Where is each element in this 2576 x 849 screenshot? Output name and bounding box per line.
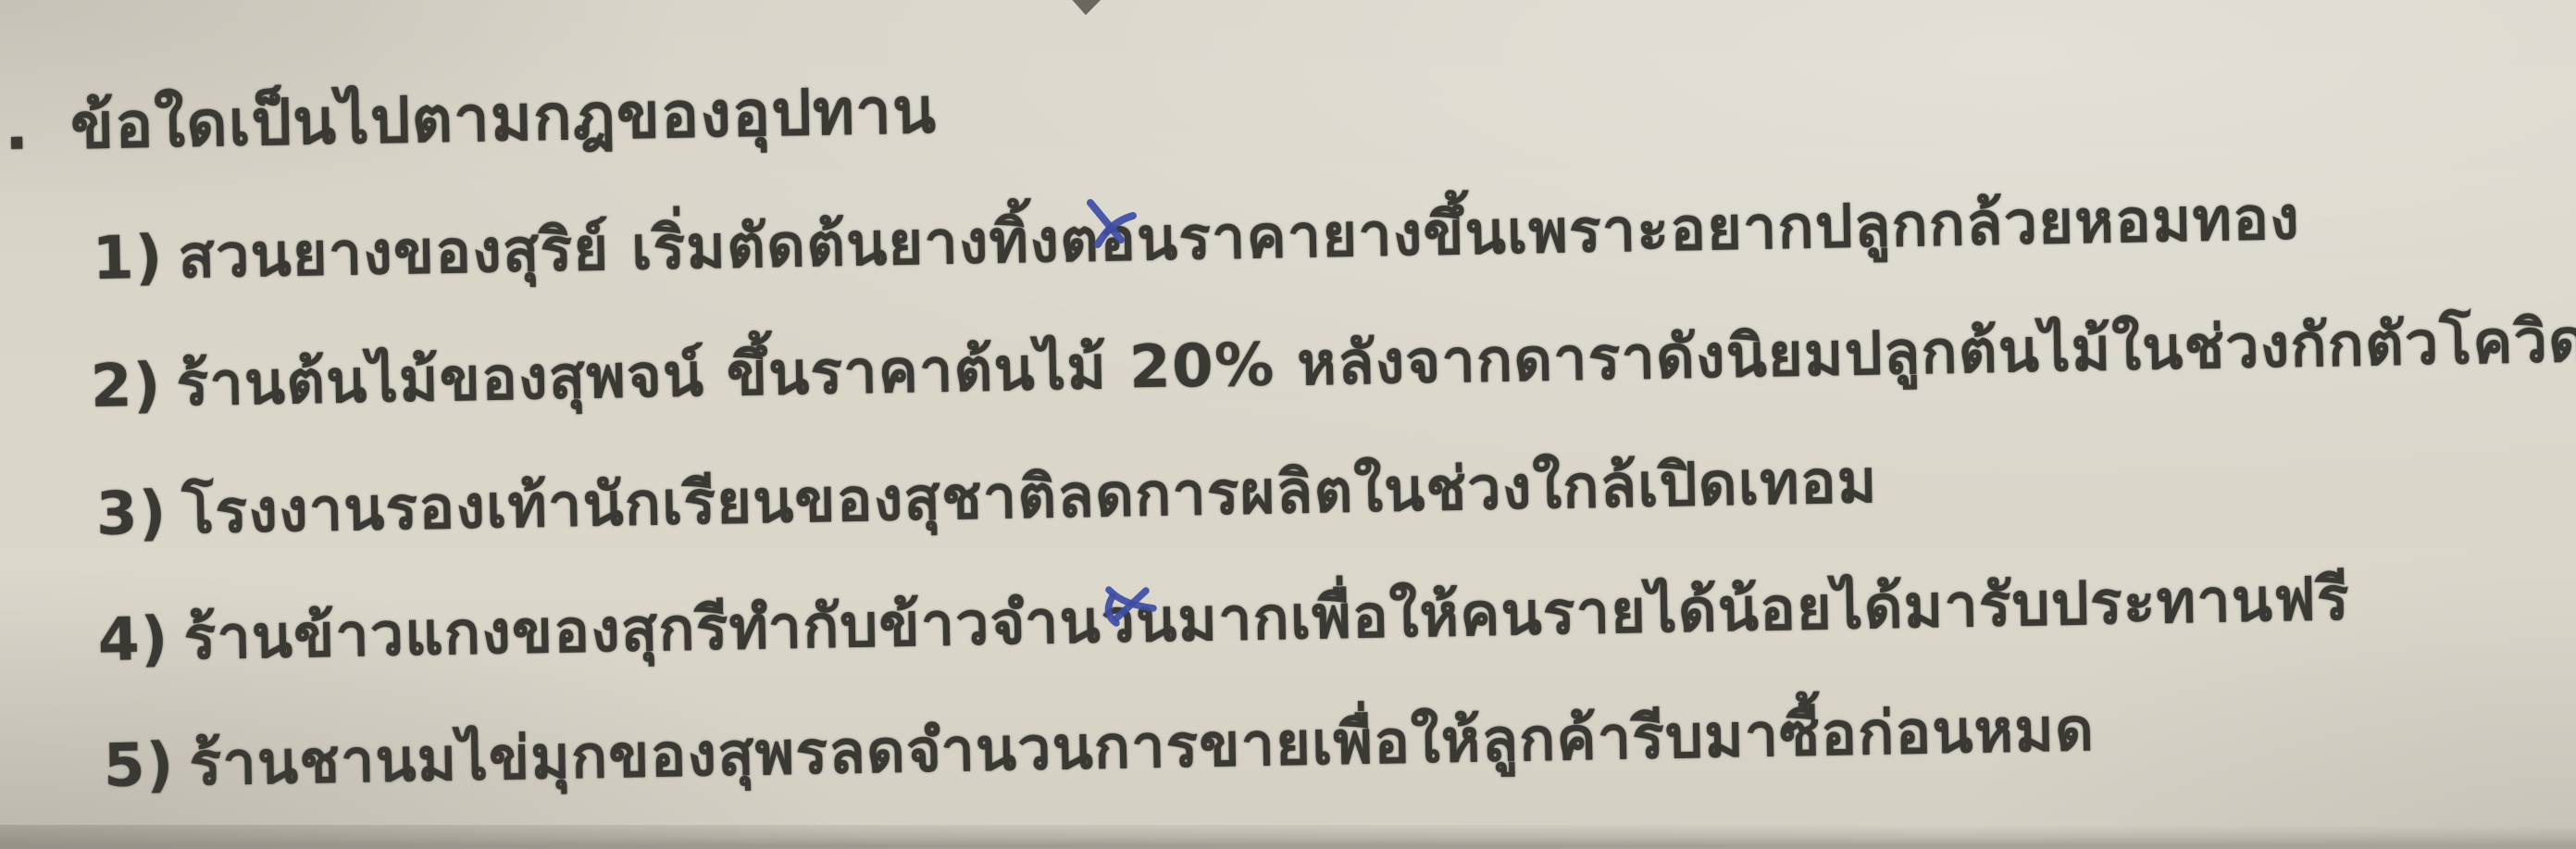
option-number: 2) [90, 352, 162, 421]
question-line: .ข้อใดเป็นไปตามกฎของอุปทาน [4, 72, 938, 168]
paper-bottom-edge [0, 825, 2576, 849]
option-text: ร้านต้นไม้ของสุพจน์ ขึ้นราคาต้นไม้ 20% ห… [176, 307, 2576, 420]
option-row-5: 5)ร้านชานมไข่มุกของสุพรลดจำนวนการขายเพื่… [103, 693, 2096, 804]
option-number: 5) [103, 731, 175, 801]
option-text: โรงงานรองเท้านักเรียนของสุชาติลดการผลิตใ… [181, 448, 1878, 548]
option-row-1: 1)สวนยางของสุริย์ เริ่มตัดต้นยางทิ้งตอนร… [92, 181, 2301, 296]
exam-worksheet-photo: .ข้อใดเป็นไปตามกฎของอุปทาน 1)สวนยางของสุ… [0, 0, 2576, 849]
option-number: 4) [97, 606, 169, 675]
option-text: ร้านชานมไข่มุกของสุพรลดจำนวนการขายเพื่อใ… [189, 696, 2096, 800]
option-row-2: 2)ร้านต้นไม้ของสุพจน์ ขึ้นราคาต้นไม้ 20%… [90, 305, 2576, 424]
option-text: ร้านข้าวแกงของสุกรีทำกับข้าวจำนวนมากเพื่… [183, 565, 2350, 673]
question-text: ข้อใดเป็นไปตามกฎของอุปทาน [70, 75, 938, 164]
option-row-4: 4)ร้านข้าวแกงของสุกรีทำกับข้าวจำนวนมากเพ… [97, 562, 2350, 678]
question-number-fragment: . [4, 92, 31, 165]
option-number: 1) [92, 224, 164, 293]
option-row-3: 3)โรงงานรองเท้านักเรียนของสุชาติลดการผลิ… [95, 445, 1878, 552]
cutoff-text-fragment [1065, 0, 1102, 17]
option-text: สวนยางของสุริย์ เริ่มตัดต้นยางทิ้งตอนราค… [178, 184, 2301, 292]
option-number: 3) [95, 480, 168, 549]
